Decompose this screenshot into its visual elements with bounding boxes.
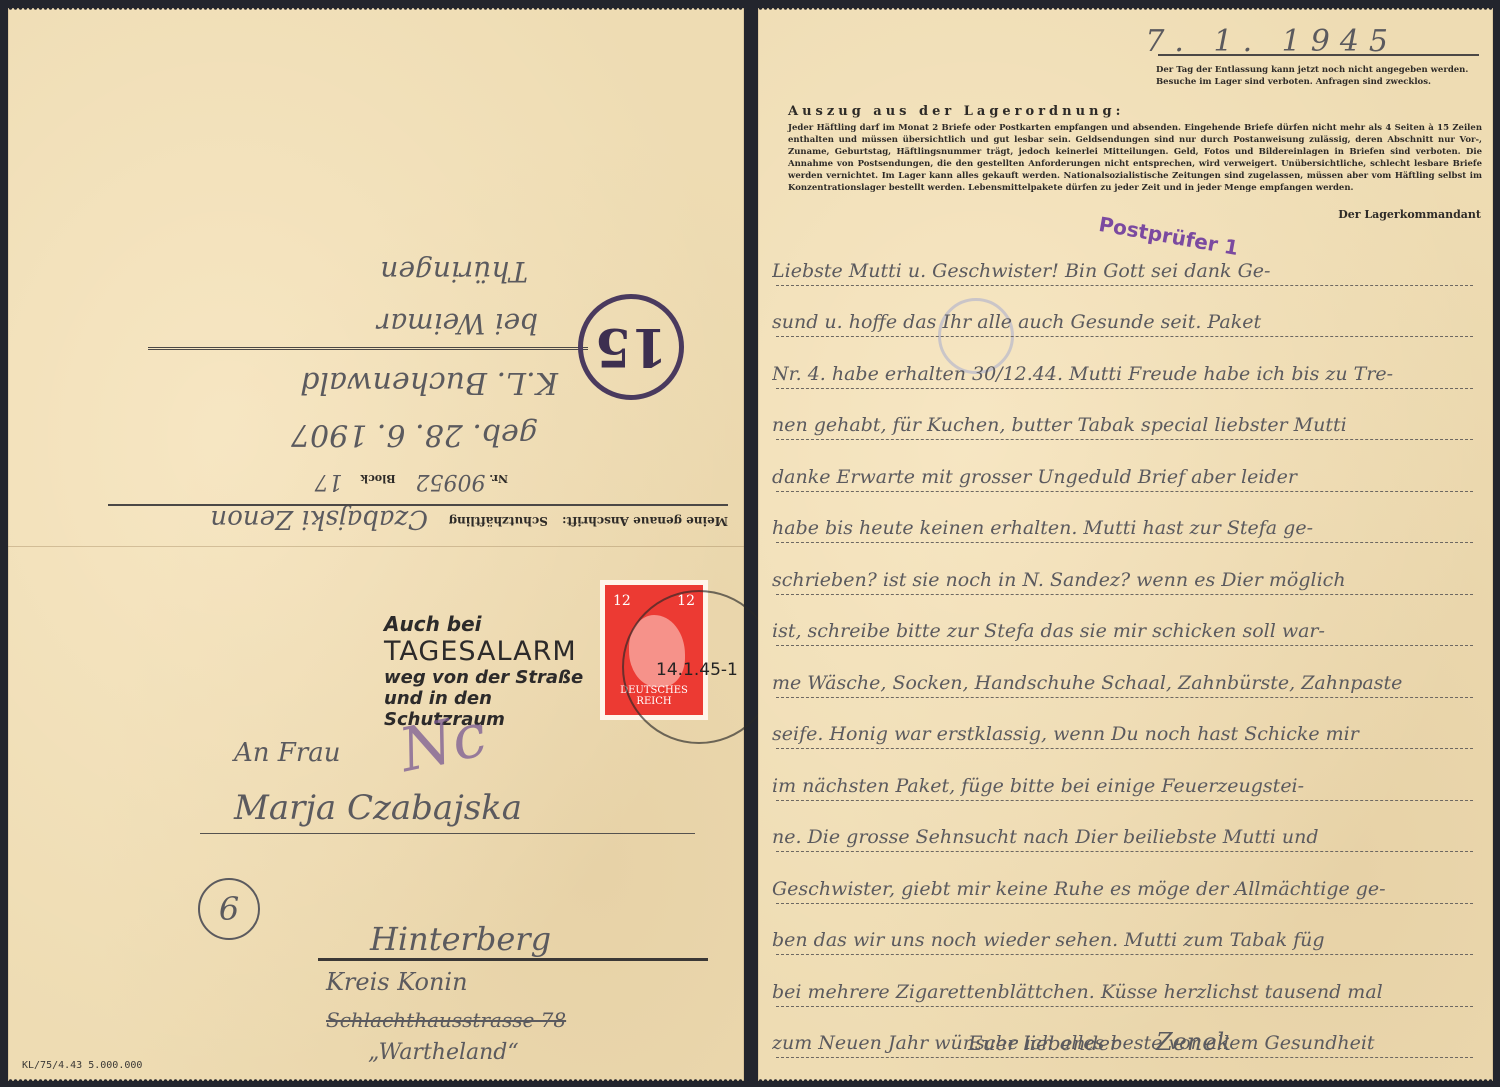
letter-envelope-side: Meine genaue Anschrift: Schutzhäftling C… — [8, 8, 744, 1081]
sender-birth-date: geb. 28. 6. 1907 — [291, 417, 538, 452]
form-label-number: Nr. — [489, 472, 508, 485]
letter-closing: Euer liebender Zenek — [968, 1028, 1231, 1056]
letter-line-text: schrieben? ist sie noch in N. Sandez? we… — [772, 569, 1479, 591]
recipient-town: Hinterberg — [370, 920, 551, 958]
address-rule — [148, 347, 588, 350]
sender-name: Czabajski Zenon — [210, 504, 428, 534]
letter-line-text: bei mehrere Zigarettenblättchen. Küsse h… — [772, 981, 1479, 1003]
letter-line: Nr. 4. habe erhalten 30/12.44. Mutti Fre… — [758, 343, 1493, 395]
recipient-region: „Wartheland“ — [368, 1040, 519, 1065]
letter-line-text: me Wäsche, Socken, Handschuhe Schaal, Za… — [772, 672, 1479, 694]
letter-line: sund u. hoffe das Ihr alle auch Gesunde … — [758, 292, 1493, 344]
block-number: 17 — [315, 469, 343, 494]
letter-line: ben das wir uns noch wieder sehen. Mutti… — [758, 910, 1493, 962]
address-rule — [108, 504, 728, 506]
letter-line: habe bis heute keinen erhalten. Mutti ha… — [758, 498, 1493, 550]
stamp-value: 12 — [613, 593, 631, 609]
letter-line-text: Geschwister, giebt mir keine Ruhe es mög… — [772, 878, 1479, 900]
form-label-prisoner: Schutzhäftling — [449, 514, 548, 528]
letter-line: me Wäsche, Socken, Handschuhe Schaal, Za… — [758, 652, 1493, 704]
recipient-salutation: An Frau — [234, 738, 341, 768]
prisoner-number: 90952 — [415, 469, 485, 494]
letter-line-text: Liebste Mutti u. Geschwister! Bin Gott s… — [772, 260, 1479, 282]
camp-commander-signature: Der Lagerkommandant — [1338, 208, 1481, 221]
camp-rules-text: Jeder Häftling darf im Monat 2 Briefe od… — [788, 122, 1482, 194]
letter-line-text: seife. Honig war erstklassig, wenn Du no… — [772, 723, 1479, 745]
form-label-block: Block — [361, 472, 396, 485]
slogan-line-1: Auch bei — [384, 612, 614, 636]
sender-address-block: Meine genaue Anschrift: Schutzhäftling C… — [108, 238, 728, 528]
letter-line-text: ben das wir uns noch wieder sehen. Mutti… — [772, 929, 1479, 951]
recipient-name: Marja Czabajska — [234, 788, 522, 828]
address-rule — [200, 833, 695, 834]
letter-line-text: habe bis heute keinen erhalten. Mutti ha… — [772, 517, 1479, 539]
letter-line: nen gehabt, für Kuchen, butter Tabak spe… — [758, 395, 1493, 447]
release-notice: Der Tag der Entlassung kann jetzt noch n… — [1156, 64, 1486, 88]
letter-line: schrieben? ist sie noch in N. Sandez? we… — [758, 549, 1493, 601]
censor-number-stamp: 15 — [578, 294, 684, 400]
form-label-address: Meine genaue Anschrift: — [562, 514, 728, 528]
letter-line-text: ist, schreibe bitte zur Stefa das sie mi… — [772, 620, 1479, 642]
letter-line: ist, schreibe bitte zur Stefa das sie mi… — [758, 601, 1493, 653]
letter-line-text: Nr. 4. habe erhalten 30/12.44. Mutti Fre… — [772, 363, 1479, 385]
letter-line-text: ne. Die grosse Sehnsucht nach Dier beili… — [772, 826, 1479, 848]
letter-line-text: danke Erwarte mit grosser Ungeduld Brief… — [772, 466, 1479, 488]
closing-text: Euer liebender — [968, 1031, 1120, 1055]
letter-line: ne. Die grosse Sehnsucht nach Dier beili… — [758, 807, 1493, 859]
recipient-district: Kreis Konin — [326, 968, 468, 996]
perforated-edge — [8, 1079, 744, 1083]
perforated-edge — [758, 6, 1493, 10]
circled-number: 6 — [198, 878, 260, 940]
address-rule — [318, 958, 708, 961]
letter-message-side: 7. 1. 1945 Der Tag der Entlassung kann j… — [758, 8, 1493, 1081]
fold-line — [8, 546, 744, 547]
signature: Zenek — [1156, 1028, 1231, 1056]
recipient-street-struck: Schlachthausstrasse 78 — [326, 1008, 566, 1032]
letter-line: danke Erwarte mit grosser Ungeduld Brief… — [758, 446, 1493, 498]
letter-line: Liebste Mutti u. Geschwister! Bin Gott s… — [758, 240, 1493, 292]
sender-camp: K.L. Buchenwald — [300, 365, 558, 400]
letter-line: im nächsten Paket, füge bitte bei einige… — [758, 755, 1493, 807]
letter-line: Geschwister, giebt mir keine Ruhe es mög… — [758, 858, 1493, 910]
slogan-line-2: TAGESALARM — [384, 636, 614, 667]
letter-line: seife. Honig war erstklassig, wenn Du no… — [758, 704, 1493, 756]
perforated-edge — [758, 1079, 1493, 1083]
slogan-line-3: weg von der Straße — [384, 667, 614, 688]
letter-line-text: im nächsten Paket, füge bitte bei einige… — [772, 775, 1479, 797]
letter-body: Liebste Mutti u. Geschwister! Bin Gott s… — [758, 240, 1493, 1064]
postmark-date: 14.1.45-1 — [656, 660, 738, 680]
camp-rules-title: Auszug aus der Lagerordnung: — [788, 104, 1124, 119]
sender-region: Thüringen — [380, 255, 528, 288]
date-rule — [1158, 54, 1479, 56]
perforated-edge — [8, 6, 744, 10]
print-code: KL/75/4.43 5.000.000 — [22, 1060, 142, 1071]
letter-line-text: sund u. hoffe das Ihr alle auch Gesunde … — [772, 311, 1479, 333]
sender-town: bei Weimar — [377, 307, 538, 340]
letter-line-text: nen gehabt, für Kuchen, butter Tabak spe… — [772, 414, 1479, 436]
letter-line: bei mehrere Zigarettenblättchen. Küsse h… — [758, 961, 1493, 1013]
